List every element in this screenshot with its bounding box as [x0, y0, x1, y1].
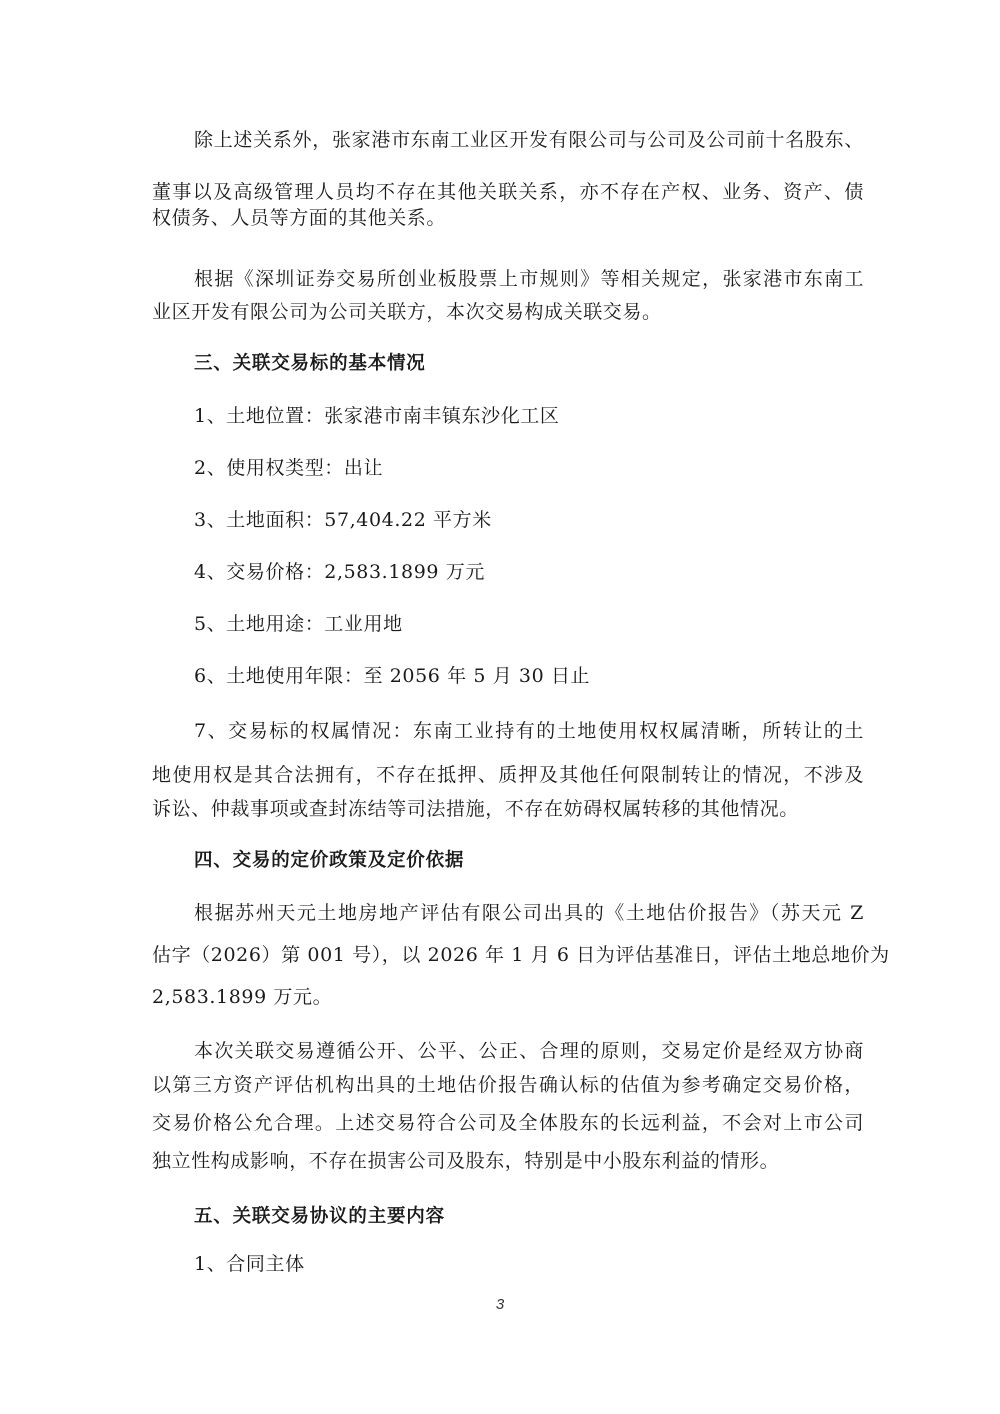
- paragraph-line: 董事以及高级管理人员均不存在其他关联关系，亦不存在产权、业务、资产、债: [152, 179, 864, 205]
- paragraph-line: 诉讼、仲裁事项或查封冻结等司法措施，不存在妨碍权属转移的其他情况。: [152, 796, 864, 822]
- list-item: 4、交易价格：2,583.1899 万元: [194, 559, 864, 585]
- section-heading: 四、交易的定价政策及定价依据: [194, 848, 906, 874]
- list-item: 6、土地使用年限：至 2056 年 5 月 30 日止: [194, 663, 864, 689]
- paragraph-line: 2,583.1899 万元。: [152, 984, 864, 1010]
- paragraph-line: 本次关联交易遵循公开、公平、公正、合理的原则，交易定价是经双方协商: [194, 1038, 864, 1064]
- list-item: 1、合同主体: [194, 1251, 864, 1277]
- document-page: 除上述关系外，张家港市东南工业区开发有限公司与公司及公司前十名股东、 董事以及高…: [0, 0, 1000, 1414]
- paragraph-line: 交易价格公允合理。上述交易符合公司及全体股东的长远利益，不会对上市公司: [152, 1110, 864, 1136]
- paragraph-line: 根据《深圳证券交易所创业板股票上市规则》等相关规定，张家港市东南工: [194, 266, 864, 292]
- list-item: 5、土地用途：工业用地: [194, 611, 864, 637]
- paragraph-line: 独立性构成影响，不存在损害公司及股东，特别是中小股东利益的情形。: [152, 1148, 864, 1174]
- paragraph-line: 7、交易标的权属情况：东南工业持有的土地使用权权属清晰，所转让的土: [194, 718, 864, 744]
- page-number: 3: [490, 1296, 510, 1313]
- list-item: 2、使用权类型：出让: [194, 455, 864, 481]
- paragraph-line: 权债务、人员等方面的其他关系。: [152, 205, 864, 231]
- paragraph-line: 除上述关系外，张家港市东南工业区开发有限公司与公司及公司前十名股东、: [194, 127, 864, 153]
- paragraph-line: 根据苏州天元土地房地产评估有限公司出具的《土地估价报告》（苏天元 Z: [194, 900, 864, 926]
- list-item: 1、土地位置：张家港市南丰镇东沙化工区: [194, 403, 864, 429]
- paragraph-line: 以第三方资产评估机构出具的土地估价报告确认标的估值为参考确定交易价格，: [152, 1072, 864, 1098]
- list-item: 3、土地面积：57,404.22 平方米: [194, 507, 864, 533]
- section-heading: 三、关联交易标的基本情况: [194, 351, 906, 377]
- section-heading: 五、关联交易协议的主要内容: [194, 1204, 906, 1230]
- paragraph-line: 业区开发有限公司为公司关联方，本次交易构成关联交易。: [152, 299, 864, 325]
- paragraph-line: 地使用权是其合法拥有，不存在抵押、质押及其他任何限制转让的情况，不涉及: [152, 762, 864, 788]
- paragraph-line: 估字（2026）第 001 号），以 2026 年 1 月 6 日为评估基准日，…: [152, 942, 864, 968]
